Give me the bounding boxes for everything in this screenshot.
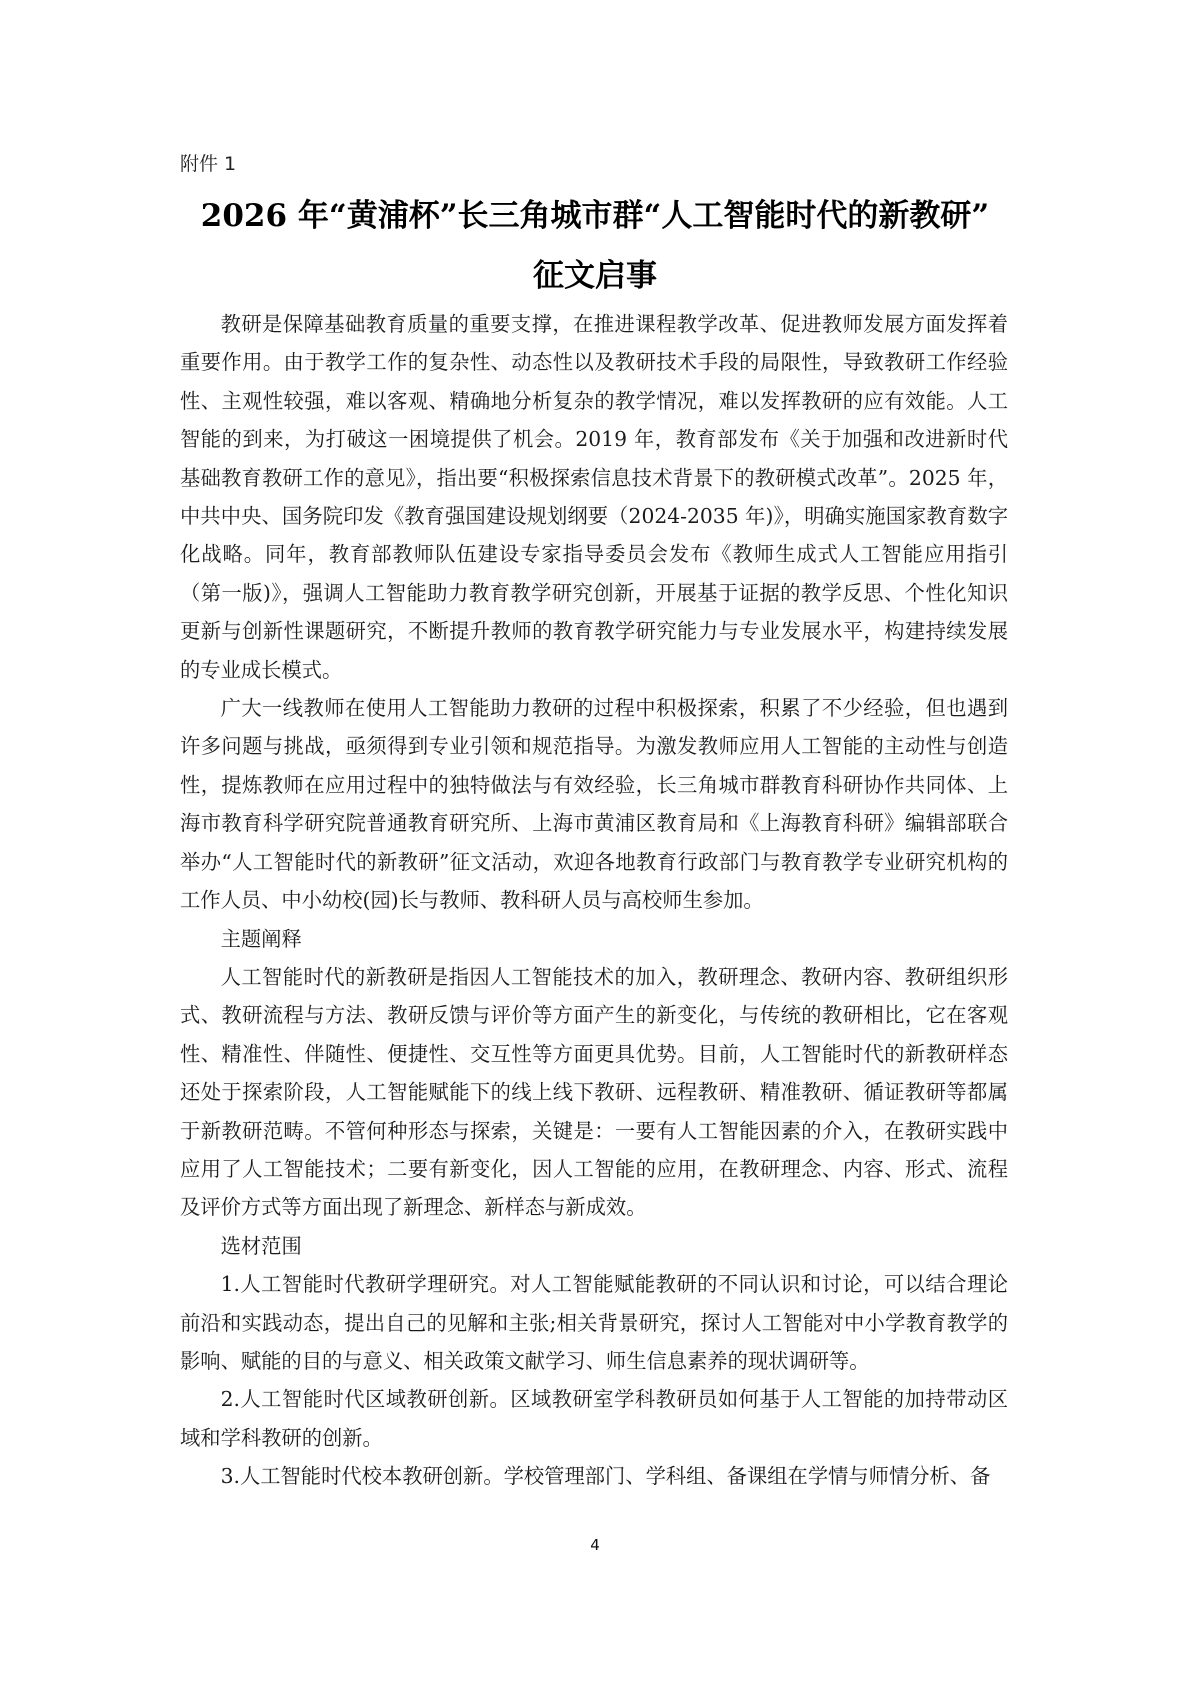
document-page: 附件 1 2026 年“黄浦杯”长三角城市群“人工智能时代的新教研” 征文启事 …	[0, 0, 1190, 1683]
scope-item-1: 1.人工智能时代教研学理研究。对人工智能赋能教研的不同认识和讨论，可以结合理论前…	[180, 1265, 1008, 1380]
paragraph-purpose: 广大一线教师在使用人工智能助力教研的过程中积极探索，积累了不少经验，但也遇到许多…	[180, 689, 1008, 919]
paragraph-theme-explanation: 人工智能时代的新教研是指因人工智能技术的加入，教研理念、教研内容、教研组织形式、…	[180, 958, 1008, 1227]
scope-item-3: 3.人工智能时代校本教研创新。学校管理部门、学科组、备课组在学情与师情分析、备	[180, 1457, 1008, 1495]
attachment-label: 附件 1	[180, 150, 236, 178]
section-heading-theme: 主题阐释	[180, 920, 1008, 958]
section-heading-scope: 选材范围	[180, 1227, 1008, 1265]
page-number: 4	[0, 1536, 1190, 1554]
document-body: 教研是保障基础教育质量的重要支撑，在推进课程教学改革、促进教师发展方面发挥着重要…	[180, 305, 1008, 1496]
document-title-line-1: 2026 年“黄浦杯”长三角城市群“人工智能时代的新教研”	[150, 196, 1040, 236]
scope-item-2: 2.人工智能时代区域教研创新。区域教研室学科教研员如何基于人工智能的加持带动区域…	[180, 1380, 1008, 1457]
document-title-line-2: 征文启事	[150, 256, 1040, 296]
paragraph-introduction: 教研是保障基础教育质量的重要支撑，在推进课程教学改革、促进教师发展方面发挥着重要…	[180, 305, 1008, 689]
